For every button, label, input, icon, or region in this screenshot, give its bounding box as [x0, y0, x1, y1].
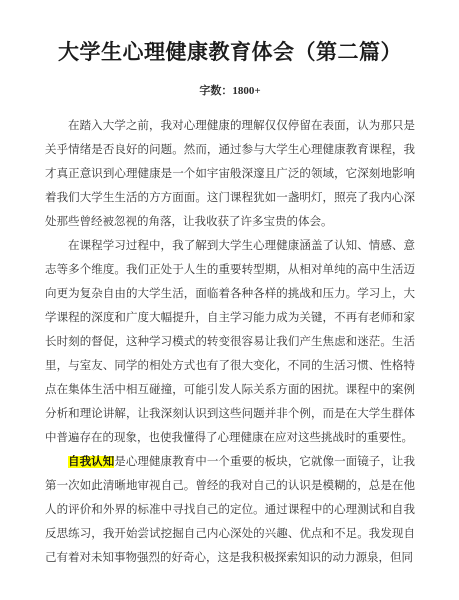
paragraph: 在踏入大学之前，我对心理健康的理解仅仅停留在表面，认为那只是关乎情绪是否良好的问…: [45, 114, 415, 234]
paragraph: 自我认知是心理健康教育中一个重要的板块，它就像一面镜子，让我第一次如此清晰地审视…: [45, 450, 415, 570]
highlighted-text: 自我认知: [68, 456, 114, 468]
document-title: 大学生心理健康教育体会（第二篇）: [45, 40, 415, 65]
paragraph: 在课程学习过程中，我了解到大学生心理健康涵盖了认知、情感、意志等多个维度。我们正…: [45, 234, 415, 450]
text-run: 在踏入大学之前，我对心理健康的理解仅仅停留在表面，认为那只是关乎情绪是否良好的问…: [45, 120, 415, 228]
text-run: 在课程学习过程中，我了解到大学生心理健康涵盖了认知、情感、意志等多个维度。我们正…: [45, 240, 415, 444]
document-body: 在踏入大学之前，我对心理健康的理解仅仅停留在表面，认为那只是关乎情绪是否良好的问…: [45, 114, 415, 570]
document-page: 大学生心理健康教育体会（第二篇） 字数：1800+ 在踏入大学之前，我对心理健康…: [0, 0, 459, 600]
word-count-label: 字数：1800+: [45, 82, 415, 98]
text-run: 是心理健康教育中一个重要的板块，它就像一面镜子，让我第一次如此清晰地审视自己。曾…: [45, 456, 415, 564]
